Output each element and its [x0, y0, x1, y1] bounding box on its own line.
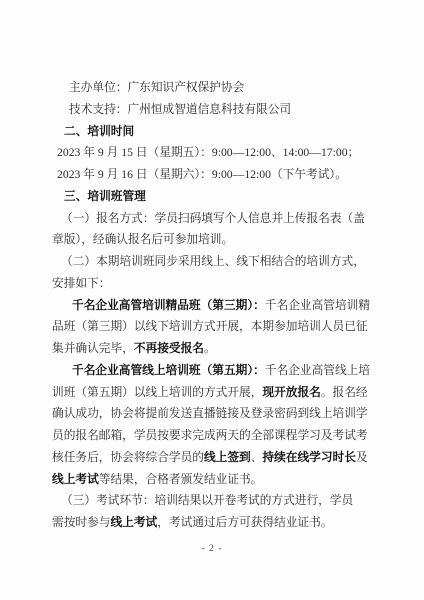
bold-text-segment: 持续在线学习时长: [262, 451, 356, 464]
text-segment: 技术支持：广州恒成智道信息科技有限公司: [69, 103, 291, 116]
text-line: 训班（第五期）以线上培训的方式开展，现开放报名。报名经: [52, 382, 370, 404]
text-line: （三）考试环节：培训结果以开卷考试的方式进行，学员: [52, 490, 370, 512]
text-segment: 品班（第三期）以线下培训方式开展，本期参加培训人员已征: [52, 320, 368, 333]
text-line: 技术支持：广州恒成智道信息科技有限公司: [52, 99, 370, 121]
document-body: 主办单位：广东知识产权保护协会技术支持：广州恒成智道信息科技有限公司二、培训时间…: [52, 77, 370, 534]
text-segment: 等结果，合格者颁发结业证书。: [99, 473, 263, 486]
text-line: 线上考试等结果，合格者颁发结业证书。: [52, 469, 370, 491]
text-line: （一）报名方式：学员扫码填写个人信息并上传报名表（盖: [52, 208, 370, 230]
text-segment: 确认成功，协会将提前发送直播链接及登录密码到线上培训学: [52, 407, 368, 420]
text-line: 员的报名邮箱，学员按要求完成两天的全部课程学习及考试考: [52, 425, 370, 447]
bold-text-segment: 线上考试: [110, 516, 157, 529]
text-segment: 章版），经确认报名后可参加培训。: [52, 233, 233, 246]
bold-text-segment: 线上考试: [52, 473, 99, 486]
text-line: 确认成功，协会将提前发送直播链接及登录密码到线上培训学: [52, 403, 370, 425]
text-segment: 核任务后，协会将综合学员的: [52, 451, 204, 464]
text-line: 主办单位：广东知识产权保护协会: [52, 77, 370, 99]
text-line: 千名企业高管线上培训班（第五期）：千名企业高管线上培: [52, 360, 370, 382]
bold-text-segment: 千名企业高管培训精品班（第三期）：: [72, 299, 265, 312]
text-segment: 2023 年 9 月 16 日（星期六）：9:00—12:00（下午考试）。: [57, 168, 347, 181]
text-line: 集并确认完毕，不再接受报名。: [52, 338, 370, 360]
text-segment: 千名企业高管培训精: [265, 299, 370, 312]
text-segment: 千名企业高管线上培: [265, 364, 370, 377]
text-line: 2023 年 9 月 16 日（星期六）：9:00—12:00（下午考试）。: [52, 164, 370, 186]
text-segment: 集并确认完毕，: [52, 342, 134, 355]
bold-text-segment: 二、培训时间: [64, 125, 134, 138]
text-segment: （二）本期培训班同步采用线上、线下相结合的培训方式，: [61, 255, 365, 268]
text-segment: 。: [204, 342, 216, 355]
text-segment: 安排如下：: [52, 277, 110, 290]
text-segment: 、: [251, 451, 263, 464]
bold-text-segment: 千名企业高管线上培训班（第五期）：: [72, 364, 265, 377]
text-segment: 员的报名邮箱，学员按要求完成两天的全部课程学习及考试考: [52, 429, 368, 442]
bold-text-segment: 现开放报名: [262, 386, 320, 399]
text-segment: 2023 年 9 月 15 日（星期五）：9:00—12:00、14:00—17…: [57, 146, 359, 159]
text-line: 2023 年 9 月 15 日（星期五）：9:00—12:00、14:00—17…: [52, 142, 370, 164]
text-segment: 及: [356, 451, 368, 464]
bold-text-segment: 线上签到: [204, 451, 251, 464]
text-line: （二）本期培训班同步采用线上、线下相结合的培训方式，: [52, 251, 370, 273]
text-segment: 。报名经: [321, 386, 368, 399]
text-line: 三、培训班管理: [52, 186, 370, 208]
page-number: - 2 -: [0, 544, 424, 554]
bold-text-segment: 不再接受报名: [134, 342, 204, 355]
text-segment: 主办单位：广东知识产权保护协会: [69, 81, 244, 94]
bold-text-segment: 三、培训班管理: [64, 190, 146, 203]
text-segment: ，考试通过后方可获得结业证书。: [157, 516, 332, 529]
document-page: 主办单位：广东知识产权保护协会技术支持：广州恒成智道信息科技有限公司二、培训时间…: [0, 0, 424, 600]
text-line: 二、培训时间: [52, 121, 370, 143]
text-segment: （三）考试环节：培训结果以开卷考试的方式进行，学员: [61, 494, 353, 507]
text-line: 品班（第三期）以线下培训方式开展，本期参加培训人员已征: [52, 316, 370, 338]
text-line: 核任务后，协会将综合学员的线上签到、持续在线学习时长及: [52, 447, 370, 469]
text-segment: （一）报名方式：学员扫码填写个人信息并上传报名表（盖: [61, 212, 365, 225]
text-line: 章版），经确认报名后可参加培训。: [52, 229, 370, 251]
text-line: 需按时参与线上考试，考试通过后方可获得结业证书。: [52, 512, 370, 534]
text-line: 安排如下：: [52, 273, 370, 295]
text-segment: 需按时参与: [52, 516, 110, 529]
text-segment: 训班（第五期）以线上培训的方式开展，: [52, 386, 262, 399]
text-line: 千名企业高管培训精品班（第三期）：千名企业高管培训精: [52, 295, 370, 317]
